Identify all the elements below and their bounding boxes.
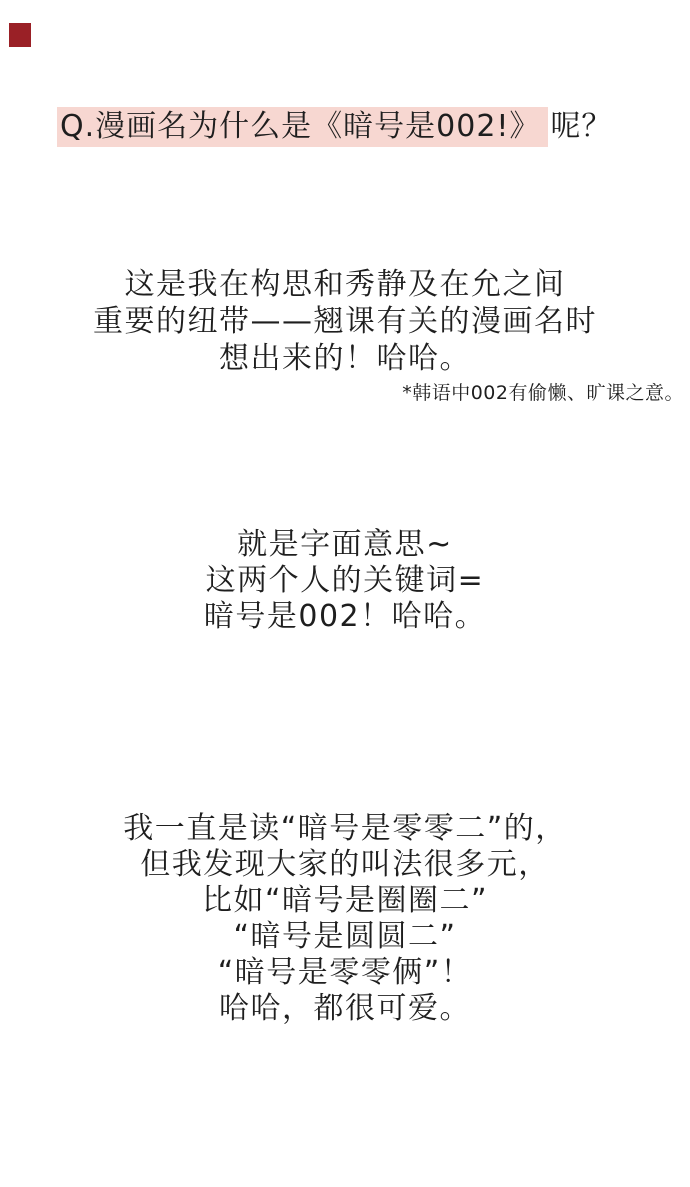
corner-accent-block <box>9 23 31 47</box>
answer-paragraph-meaning: 就是字面意思~ 这两个人的关键词= 暗号是002！哈哈。 <box>0 527 690 635</box>
footnote: *韩语中002有偷懒、旷课之意。 <box>402 381 684 406</box>
answer-paragraph-name-origin: 这是我在构思和秀静及在允之间 重要的纽带——翘课有关的漫画名时 想出来的！哈哈。 <box>0 266 690 377</box>
qa-page: Q.漫画名为什么是《暗号是002!》呢？ 这是我在构思和秀静及在允之间 重要的纽… <box>0 0 690 1187</box>
question-highlighted-text: Q.漫画名为什么是《暗号是002!》 <box>57 107 548 147</box>
question-heading: Q.漫画名为什么是《暗号是002!》呢？ <box>57 108 612 146</box>
answer-paragraph-pronunciations: 我一直是读“暗号是零零二”的， 但我发现大家的叫法很多元， 比如“暗号是圈圈二”… <box>0 811 690 1027</box>
question-tail-text: 呢？ <box>548 109 612 144</box>
